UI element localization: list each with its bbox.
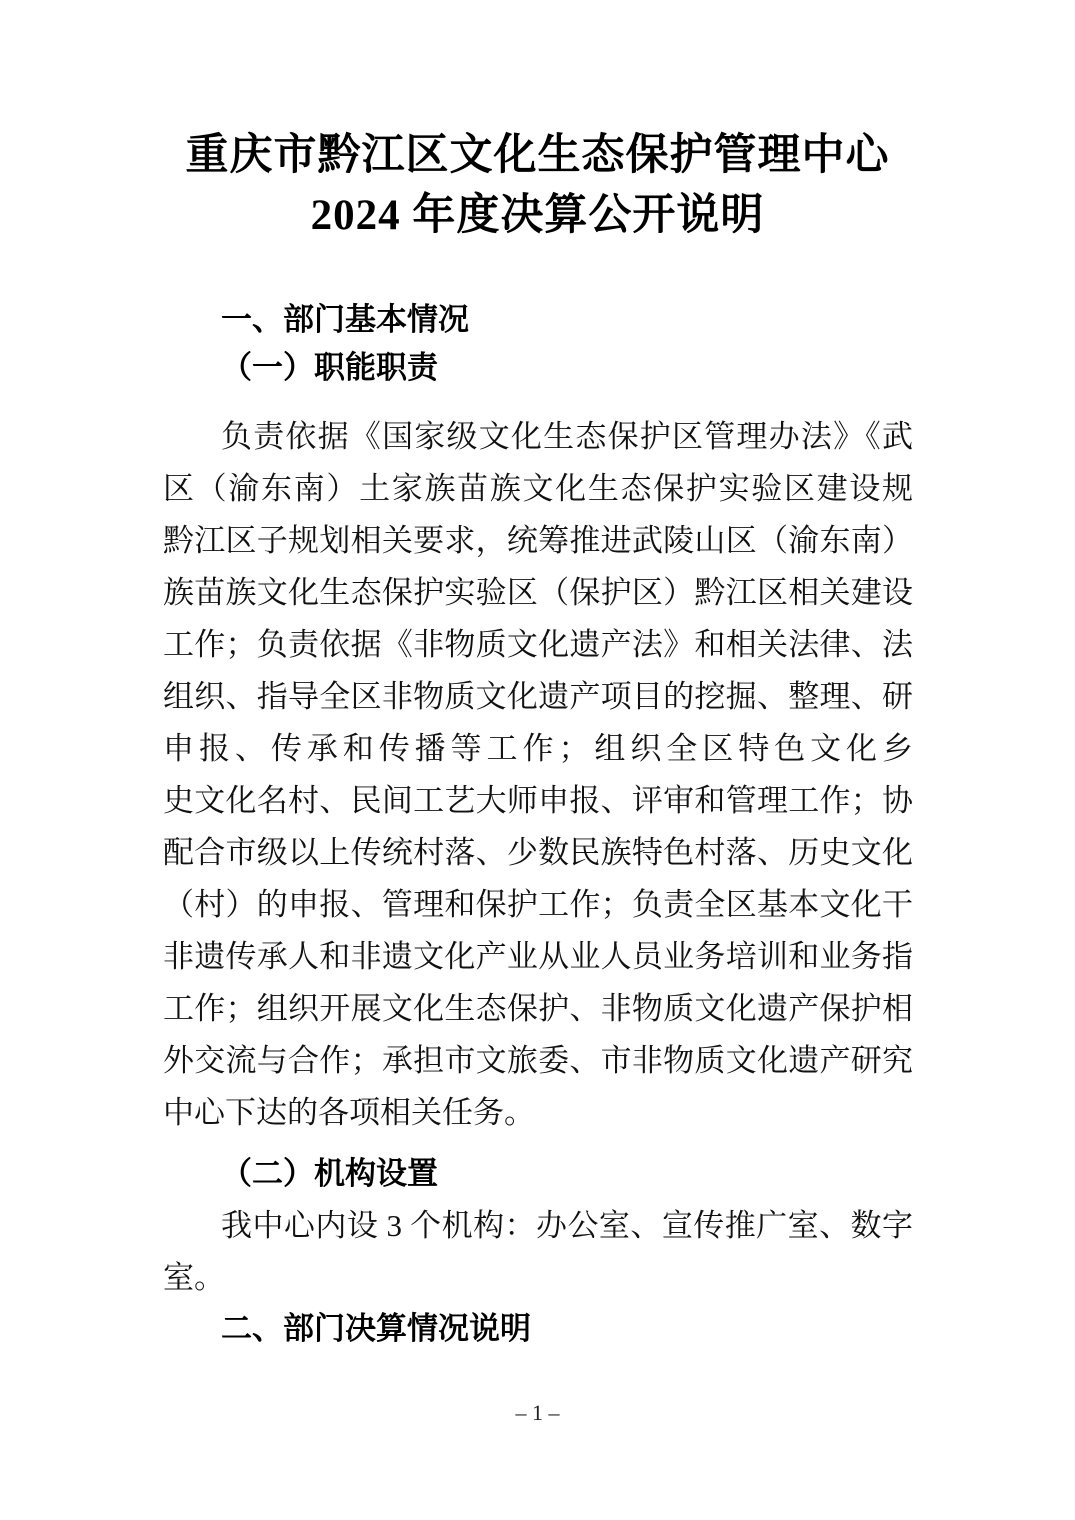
organization-paragraph: 我中心内设 3 个机构：办公室、宣传推广室、数字管理室。: [163, 1200, 913, 1304]
section-2-heading: 二、部门决算情况说明: [163, 1308, 971, 1350]
subsection-1-2-heading: （二）机构设置: [163, 1153, 971, 1195]
document-page: 重庆市黔江区文化生态保护管理中心 2024 年度决算公开说明 一、部门基本情况 …: [0, 0, 1075, 1520]
text-line: （村）的申报、管理和保护工作；负责全区基本文化干部、: [163, 879, 913, 931]
text-line: 工作；负责依据《非物质文化遗产法》和相关法律、法规，: [163, 619, 913, 671]
section-1-heading: 一、部门基本情况: [163, 299, 971, 341]
text-line: 史文化名村、民间工艺大师申报、评审和管理工作；协调、: [163, 775, 913, 827]
text-line: 族苗族文化生态保护实验区（保护区）黔江区相关建设管理: [163, 567, 913, 619]
text-line: 组织、指导全区非物质文化遗产项目的挖掘、整理、研究、: [163, 671, 913, 723]
document-title-line-1: 重庆市黔江区文化生态保护管理中心: [0, 126, 1075, 186]
text-line: 中心下达的各项相关任务。: [163, 1087, 913, 1139]
document-title-line-2: 2024 年度决算公开说明: [0, 186, 1075, 246]
duties-paragraph: 负责依据《国家级文化生态保护区管理办法》《武陵山区（渝东南）土家族苗族文化生态保…: [163, 411, 913, 1139]
document-title: 重庆市黔江区文化生态保护管理中心 2024 年度决算公开说明: [0, 126, 1075, 246]
page-number: – 1 –: [0, 1398, 1075, 1428]
text-line: 室。: [163, 1252, 913, 1304]
subsection-1-1-heading: （一）职能职责: [163, 347, 971, 389]
text-line: 工作；组织开展文化生态保护、非物质文化遗产保护相关对: [163, 983, 913, 1035]
text-line: 区（渝东南）土家族苗族文化生态保护实验区建设规划》和: [163, 463, 913, 515]
text-line: 非遗传承人和非遗文化产业从业人员业务培训和业务指导: [163, 931, 913, 983]
text-line: 配合市级以上传统村落、少数民族特色村落、历史文化名镇: [163, 827, 913, 879]
text-line: 我中心内设 3 个机构：办公室、宣传推广室、数字管理: [163, 1200, 913, 1252]
text-line: 负责依据《国家级文化生态保护区管理办法》《武陵山: [163, 411, 913, 463]
text-line: 黔江区子规划相关要求，统筹推进武陵山区（渝东南）土家: [163, 515, 913, 567]
text-line: 申报、传承和传播等工作；组织全区特色文化乡（村）、历: [163, 723, 913, 775]
text-line: 外交流与合作；承担市文旅委、市非物质文化遗产研究保护: [163, 1035, 913, 1087]
